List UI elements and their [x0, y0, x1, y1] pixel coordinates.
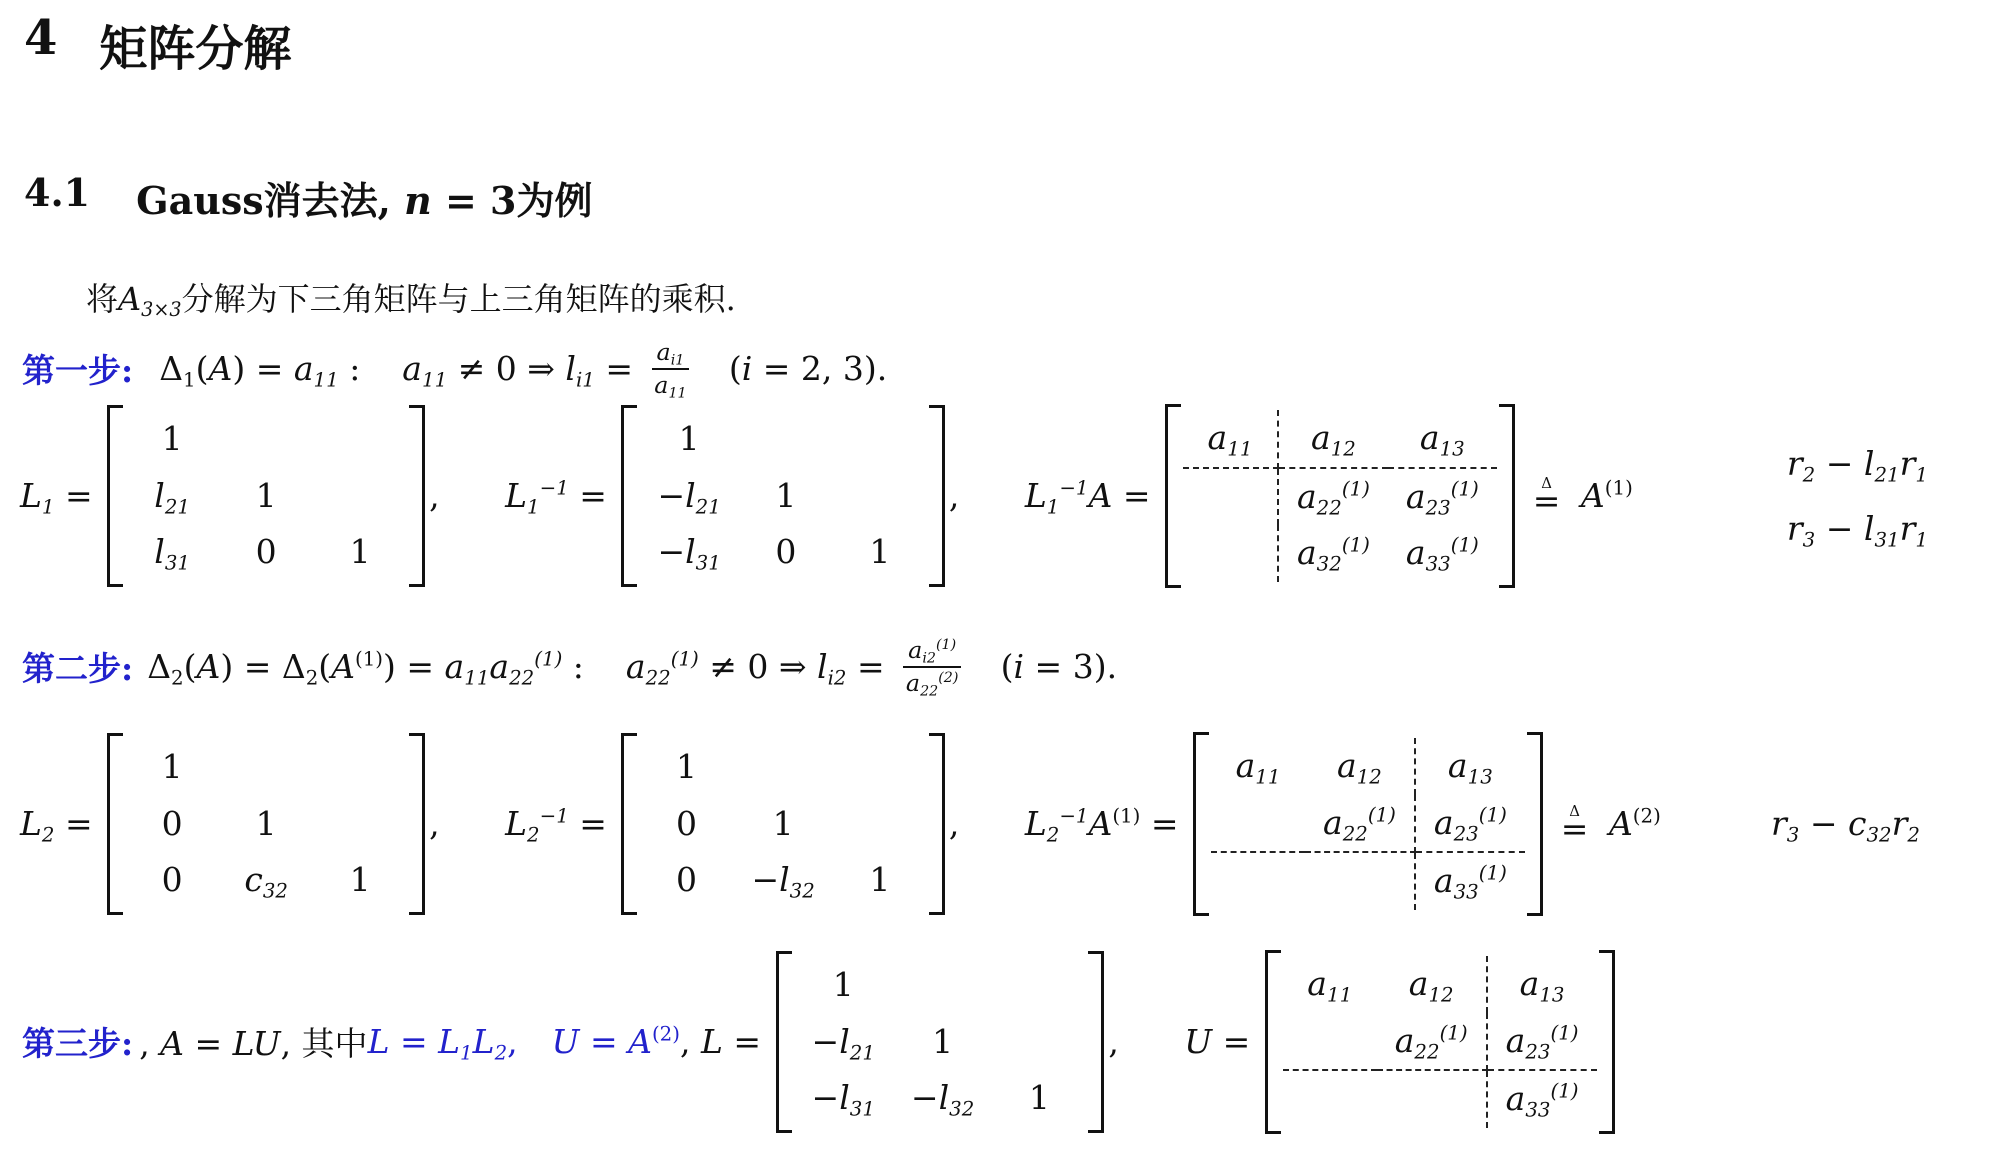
matrix-cell: 0 [125, 852, 219, 909]
matrix-l2: 1010c321 [107, 733, 425, 915]
matrix-u: a11a12a13a22(1)a23(1)a33(1) [1265, 950, 1615, 1134]
matrix-l1: 1l211l3101 [107, 405, 425, 587]
step1-fraction: ai1 a11 [652, 338, 690, 399]
matrix-cell: a12 [1305, 738, 1415, 795]
matrix-cell: 1 [313, 852, 407, 909]
step2-header: 第二步: Δ2(A) = Δ2(A(1)) = a11a22(1) : a22(… [22, 636, 1117, 697]
defined-equal-icon: Δ = [1561, 806, 1589, 842]
matrix-grid: a11a12a13a22(1)a23(1)a32(1)a33(1) [1183, 410, 1497, 582]
matrix-cell: a22(1) [1305, 795, 1415, 853]
section-heading: 4 矩阵分解 [24, 10, 291, 79]
matrix-cell [313, 739, 407, 796]
matrix-cell: 1 [833, 852, 927, 909]
row-operation: r2 − l21r1 [1787, 444, 1928, 483]
matrix-cell: 0 [219, 524, 313, 581]
matrix-cell: 0 [739, 524, 833, 581]
step3-l-equals: , L = [680, 1022, 772, 1061]
matrix-cell: a33(1) [1388, 525, 1497, 582]
l1-inverse-a-label: L1−1A = [1025, 476, 1161, 515]
matrix-l: 1−l211−l31−l321 [776, 951, 1105, 1133]
fraction-numerator: ai2(1) [903, 636, 961, 668]
comma: , [429, 804, 471, 843]
matrix-cell: a22(1) [1278, 468, 1388, 526]
intro-paragraph: 将A3×3分解为下三角矩阵与上三角矩阵的乘积. [86, 274, 736, 320]
matrix-cell: 1 [992, 1070, 1086, 1127]
fraction-denominator: a11 [654, 370, 686, 400]
matrix-grid: 1−l211−l31−l321 [794, 957, 1087, 1127]
left-bracket [621, 733, 637, 915]
step1-equation-row: L1 = 1l211l3101 , L1−1 = 1−l211−l3101 , … [20, 404, 1980, 588]
matrix-cell: −l32 [733, 852, 832, 909]
step2-fraction: ai2(1) a22(2) [903, 636, 961, 697]
step3-l-definition: L = L1L2, [368, 1022, 518, 1061]
step1-header: 第一步: Δ1(A) = a11 : a11 ≠ 0 ⇒ li1 = ai1 a… [22, 338, 887, 399]
matrix-cell: −l21 [794, 1014, 893, 1071]
matrix-cell: c32 [219, 852, 313, 909]
a1-name: A(1) [1570, 476, 1632, 515]
matrix-cell [1211, 852, 1305, 910]
matrix-l2-inverse: 1010−l321 [621, 733, 944, 915]
matrix-cell: 0 [639, 796, 733, 853]
left-bracket [776, 951, 792, 1133]
matrix-cell [739, 411, 833, 468]
matrix-cell: a13 [1388, 410, 1497, 468]
matrix-a1-body: a11a12a13a22(1)a23(1)a32(1)a33(1) [1181, 404, 1499, 588]
step1-formula-post: (i = 2, 3). [697, 349, 887, 388]
matrix-cell: a11 [1211, 738, 1305, 795]
comma: , [429, 476, 471, 515]
matrix-cell [1211, 795, 1305, 853]
matrix-cell [1183, 525, 1278, 582]
matrix-cell [992, 957, 1086, 1014]
matrix-cell: a11 [1183, 410, 1278, 468]
matrix-cell: a13 [1487, 956, 1597, 1013]
l2-label: L2 = [20, 804, 103, 843]
matrix-cell: a33(1) [1415, 852, 1525, 910]
left-bracket [621, 405, 637, 587]
matrix-cell: 1 [219, 468, 313, 525]
right-bracket [409, 733, 425, 915]
matrix-u-body: a11a12a13a22(1)a23(1)a33(1) [1281, 950, 1599, 1134]
matrix-cell: a11 [1283, 956, 1377, 1013]
matrix-cell: 1 [639, 739, 733, 796]
matrix-cell: 1 [833, 524, 927, 581]
matrix-cell [313, 411, 407, 468]
matrix-a2-body: a11a12a13a22(1)a23(1)a33(1) [1209, 732, 1527, 916]
matrix-grid: a11a12a13a22(1)a23(1)a33(1) [1283, 956, 1597, 1128]
step2-label: 第二步: [22, 643, 133, 690]
matrix-cell: a23(1) [1415, 795, 1525, 853]
matrix-l2-inverse-body: 1010−l321 [637, 733, 928, 915]
a2-name: A(2) [1598, 804, 1660, 843]
matrix-cell: 1 [739, 468, 833, 525]
matrix-cell: a12 [1278, 410, 1388, 468]
matrix-cell: a13 [1415, 738, 1525, 795]
section-number: 4 [24, 10, 57, 79]
right-bracket [409, 405, 425, 587]
defined-equal-icon: Δ = [1533, 478, 1561, 514]
matrix-cell: 1 [639, 411, 738, 468]
matrix-cell: l31 [125, 524, 219, 581]
l1-label: L1 = [20, 476, 103, 515]
matrix-cell: 1 [794, 957, 893, 1014]
matrix-cell: 1 [313, 524, 407, 581]
step1-formula-pre: Δ1(A) = a11 : a11 ≠ 0 ⇒ li1 = [159, 349, 643, 388]
matrix-grid: 1010−l321 [639, 739, 926, 909]
subsection-title: Gauss消去法, n = 3为例 [136, 170, 592, 225]
matrix-l2-body: 1010c321 [123, 733, 409, 915]
matrix-cell [1183, 468, 1278, 526]
matrix-cell [219, 411, 313, 468]
step3-u-definition: U = A(2) [552, 1022, 680, 1061]
matrix-cell [1377, 1070, 1487, 1128]
step2-row-operation: r3 − c32r2 [1771, 804, 1920, 843]
step2-formula-pre: Δ2(A) = Δ2(A(1)) = a11a22(1) : a22(1) ≠ … [147, 647, 895, 686]
comma: , [1108, 1022, 1150, 1061]
l2-inverse-a1-label: L2−1A(1) = [1025, 804, 1189, 843]
matrix-cell [833, 739, 927, 796]
matrix-cell: 1 [893, 1014, 992, 1071]
matrix-cell [1283, 1070, 1377, 1128]
matrix-cell [313, 796, 407, 853]
matrix-grid: 1010c321 [125, 739, 407, 909]
left-bracket [1193, 732, 1209, 916]
left-bracket [107, 733, 123, 915]
right-bracket [1499, 404, 1515, 588]
matrix-a1: a11a12a13a22(1)a23(1)a32(1)a33(1) [1165, 404, 1515, 588]
right-bracket [929, 733, 945, 915]
matrix-l1-inverse: 1−l211−l3101 [621, 405, 944, 587]
step3-row: 第三步: , A = LU, 其中 L = L1L2, U = A(2) , L… [22, 950, 1980, 1134]
matrix-cell: l21 [125, 468, 219, 525]
u-label: U = [1184, 1022, 1260, 1061]
matrix-cell: −l31 [639, 524, 738, 581]
matrix-cell [893, 957, 992, 1014]
matrix-grid: 1−l211−l3101 [639, 411, 926, 581]
matrix-cell [833, 468, 927, 525]
fraction-numerator: ai1 [652, 338, 690, 370]
matrix-grid: 1l211l3101 [125, 411, 407, 581]
matrix-cell: a23(1) [1487, 1013, 1597, 1071]
left-bracket [1165, 404, 1181, 588]
comma: , [949, 804, 991, 843]
right-bracket [1527, 732, 1543, 916]
matrix-cell [733, 739, 832, 796]
matrix-cell [1283, 1013, 1377, 1071]
matrix-cell [833, 796, 927, 853]
matrix-cell [313, 468, 407, 525]
matrix-a2: a11a12a13a22(1)a23(1)a33(1) [1193, 732, 1543, 916]
matrix-cell: a23(1) [1388, 468, 1497, 526]
right-bracket [1599, 950, 1615, 1134]
l2-inverse-label: L2−1 = [505, 804, 617, 843]
matrix-cell: 1 [125, 739, 219, 796]
matrix-cell: −l21 [639, 468, 738, 525]
matrix-l1-body: 1l211l3101 [123, 405, 409, 587]
step1-row-operations: r2 − l21r1 r3 − l31r1 [1787, 444, 1928, 548]
step2-formula-post: (i = 3). [969, 647, 1117, 686]
left-bracket [107, 405, 123, 587]
matrix-grid: a11a12a13a22(1)a23(1)a33(1) [1211, 738, 1525, 910]
document-page: 4 矩阵分解 4.1 Gauss消去法, n = 3为例 将A3×3分解为下三角… [0, 0, 2000, 1165]
matrix-cell: −l31 [794, 1070, 893, 1127]
matrix-l-body: 1−l211−l31−l321 [792, 951, 1089, 1133]
matrix-cell: 0 [125, 796, 219, 853]
matrix-l1-inverse-body: 1−l211−l3101 [637, 405, 928, 587]
comma: , [949, 476, 991, 515]
subsection-heading: 4.1 Gauss消去法, n = 3为例 [24, 170, 592, 225]
matrix-cell: a12 [1377, 956, 1487, 1013]
section-title: 矩阵分解 [99, 10, 291, 79]
matrix-cell: 1 [219, 796, 313, 853]
matrix-cell [833, 411, 927, 468]
step1-label: 第一步: [22, 345, 133, 392]
fraction-denominator: a22(2) [906, 668, 959, 698]
matrix-cell: a33(1) [1487, 1070, 1597, 1128]
matrix-cell: 0 [639, 852, 733, 909]
right-bracket [929, 405, 945, 587]
matrix-cell [1305, 852, 1415, 910]
matrix-cell: 1 [125, 411, 219, 468]
step3-text: , A = LU, 其中 [139, 1018, 367, 1065]
matrix-cell [992, 1014, 1086, 1071]
row-operation: r3 − l31r1 [1787, 509, 1928, 548]
left-bracket [1265, 950, 1281, 1134]
matrix-cell [219, 739, 313, 796]
l1-inverse-label: L1−1 = [505, 476, 617, 515]
subsection-number: 4.1 [24, 170, 90, 225]
step3-label: 第三步: [22, 1018, 133, 1065]
matrix-cell: a22(1) [1377, 1013, 1487, 1071]
matrix-cell: a32(1) [1278, 525, 1388, 582]
step2-equation-row: L2 = 1010c321 , L2−1 = 1010−l321 , L2−1A… [20, 732, 1980, 916]
matrix-cell: −l32 [893, 1070, 992, 1127]
right-bracket [1088, 951, 1104, 1133]
matrix-cell: 1 [733, 796, 832, 853]
